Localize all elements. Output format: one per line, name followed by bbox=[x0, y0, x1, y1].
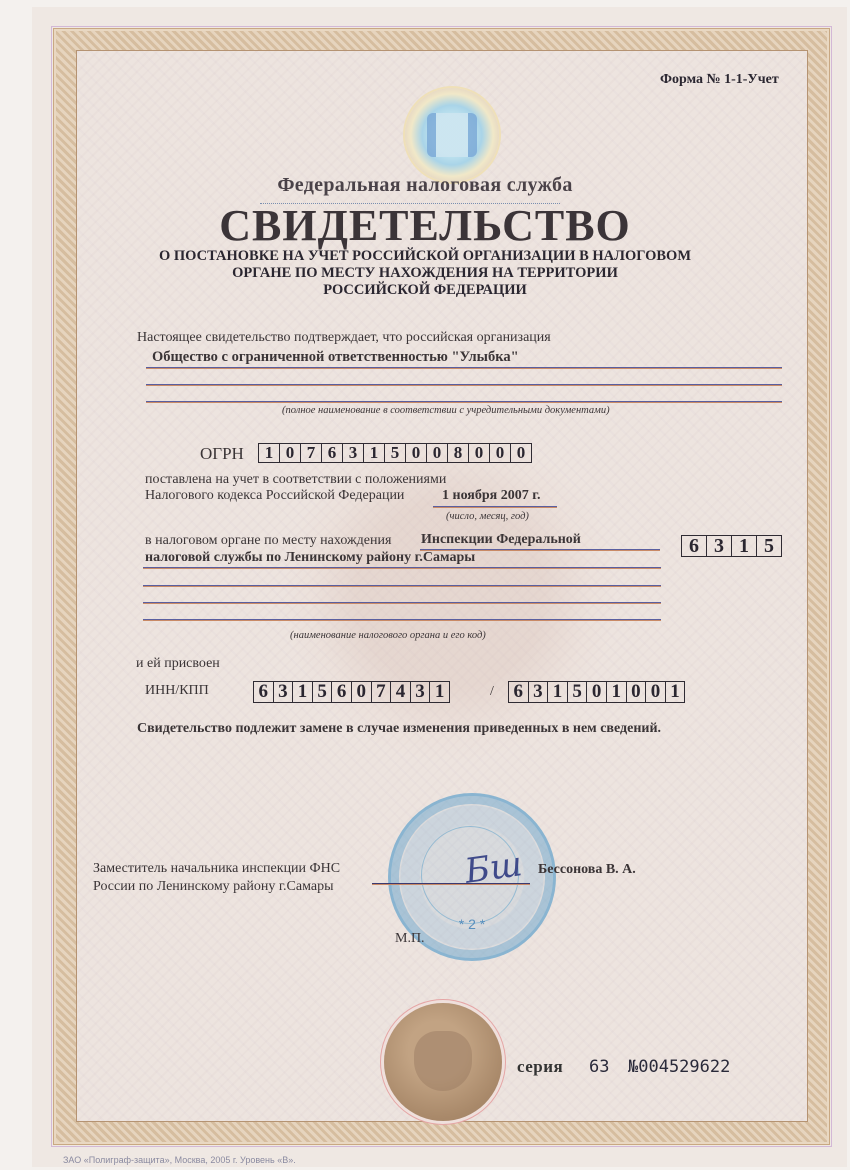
digit-cell: 3 bbox=[274, 682, 294, 702]
digit-cell: 3 bbox=[529, 682, 549, 702]
digit-cell: 6 bbox=[332, 682, 352, 702]
inn-kpp-separator: / bbox=[490, 684, 494, 700]
digit-cell: 6 bbox=[509, 682, 529, 702]
fill-line bbox=[143, 585, 661, 586]
embossed-seal-icon bbox=[384, 1003, 502, 1121]
eagle-emboss-icon bbox=[414, 1031, 472, 1091]
tax-authority-code: 6315 bbox=[681, 535, 782, 557]
stamp-center-text: * 2 * bbox=[391, 916, 553, 932]
signatory-position-2: России по Ленинскому району г.Самары bbox=[93, 879, 333, 895]
printer-imprint: ЗАО «Полиграф-защита», Москва, 2005 г. У… bbox=[63, 1155, 296, 1165]
fill-line bbox=[143, 619, 661, 620]
digit-cell: 1 bbox=[607, 682, 627, 702]
digit-cell: 1 bbox=[548, 682, 568, 702]
digit-cell: 6 bbox=[682, 536, 707, 556]
stamp-place-label: М.П. bbox=[395, 931, 425, 947]
digit-cell: 0 bbox=[352, 682, 372, 702]
series-value: 63 bbox=[589, 1057, 609, 1077]
ogrn-digits: 1076315008000 bbox=[258, 443, 532, 463]
digit-cell: 5 bbox=[757, 536, 781, 556]
subtitle-line: О ПОСТАНОВКЕ НА УЧЕТ РОССИЙСКОЙ ОРГАНИЗА… bbox=[0, 248, 850, 265]
series-label: серия bbox=[517, 1057, 563, 1077]
fill-line bbox=[146, 367, 782, 368]
digit-cell: 3 bbox=[343, 444, 364, 462]
fill-line bbox=[146, 384, 782, 385]
digit-cell: 3 bbox=[707, 536, 732, 556]
tax-authority-caption: (наименование налогового органа и его ко… bbox=[290, 630, 486, 641]
registration-line1: поставлена на учет в соответствии с поло… bbox=[145, 472, 446, 488]
subtitle-line: РОССИЙСКОЙ ФЕДЕРАЦИИ bbox=[0, 282, 850, 299]
date-caption: (число, месяц, год) bbox=[446, 511, 529, 522]
digit-cell: 0 bbox=[511, 444, 531, 462]
organization-name: Общество с ограниченной ответственностью… bbox=[152, 349, 519, 366]
digit-cell: 6 bbox=[254, 682, 274, 702]
agency-name: Федеральная налоговая служба bbox=[0, 174, 850, 197]
fill-line bbox=[143, 602, 661, 603]
digit-cell: 0 bbox=[646, 682, 666, 702]
signatory-name: Бессонова В. А. bbox=[538, 862, 636, 878]
replacement-notice: Свидетельство подлежит замене в случае и… bbox=[137, 721, 661, 737]
tax-authority-intro: в налоговом органе по месту нахождения bbox=[145, 533, 391, 549]
digit-cell: 1 bbox=[430, 682, 449, 702]
digit-cell: 1 bbox=[666, 682, 685, 702]
digit-cell: 5 bbox=[313, 682, 333, 702]
registration-line2: Налогового кодекса Российской Федерации bbox=[145, 488, 404, 504]
digit-cell: 0 bbox=[627, 682, 647, 702]
tax-authority-name-2: налоговой службы по Ленинскому району г.… bbox=[145, 550, 475, 566]
digit-cell: 1 bbox=[364, 444, 385, 462]
digit-cell: 5 bbox=[568, 682, 588, 702]
inn-digits: 6315607431 bbox=[253, 681, 450, 703]
digit-cell: 3 bbox=[411, 682, 431, 702]
document-title: СВИДЕТЕЛЬСТВО bbox=[0, 200, 850, 251]
digit-cell: 0 bbox=[490, 444, 511, 462]
digit-cell: 1 bbox=[259, 444, 280, 462]
serial-number: №004529622 bbox=[628, 1057, 730, 1077]
ogrn-label: ОГРН bbox=[200, 444, 244, 464]
form-number: Форма № 1-1-Учет bbox=[660, 72, 779, 88]
digit-cell: 6 bbox=[322, 444, 343, 462]
inn-kpp-label: ИНН/КПП bbox=[145, 683, 209, 699]
digit-cell: 7 bbox=[372, 682, 392, 702]
organization-intro: Настоящее свидетельство подтверждает, чт… bbox=[137, 330, 551, 346]
digit-cell: 4 bbox=[391, 682, 411, 702]
digit-cell: 0 bbox=[406, 444, 427, 462]
date-line bbox=[433, 506, 557, 507]
organization-caption: (полное наименование в соответствии с уч… bbox=[282, 405, 610, 416]
assigned-label: и ей присвоен bbox=[136, 656, 220, 672]
signatory-position-1: Заместитель начальника инспекции ФНС bbox=[93, 861, 340, 877]
digit-cell: 5 bbox=[385, 444, 406, 462]
fill-line bbox=[146, 401, 782, 402]
emblem-icon bbox=[427, 113, 477, 157]
digit-cell: 0 bbox=[587, 682, 607, 702]
signature: Бш bbox=[462, 844, 524, 892]
digit-cell: 8 bbox=[448, 444, 469, 462]
registration-date: 1 ноября 2007 г. bbox=[442, 488, 541, 504]
tax-authority-name-1: Инспекции Федеральной bbox=[421, 532, 581, 548]
subtitle-line: ОРГАНЕ ПО МЕСТУ НАХОЖДЕНИЯ НА ТЕРРИТОРИИ bbox=[0, 265, 850, 282]
digit-cell: 1 bbox=[293, 682, 313, 702]
document-subtitle: О ПОСТАНОВКЕ НА УЧЕТ РОССИЙСКОЙ ОРГАНИЗА… bbox=[0, 248, 850, 299]
digit-cell: 0 bbox=[469, 444, 490, 462]
kpp-digits: 631501001 bbox=[508, 681, 685, 703]
digit-cell: 0 bbox=[427, 444, 448, 462]
digit-cell: 7 bbox=[301, 444, 322, 462]
fill-line bbox=[143, 567, 661, 568]
hologram-icon bbox=[405, 88, 499, 182]
digit-cell: 1 bbox=[732, 536, 757, 556]
digit-cell: 0 bbox=[280, 444, 301, 462]
